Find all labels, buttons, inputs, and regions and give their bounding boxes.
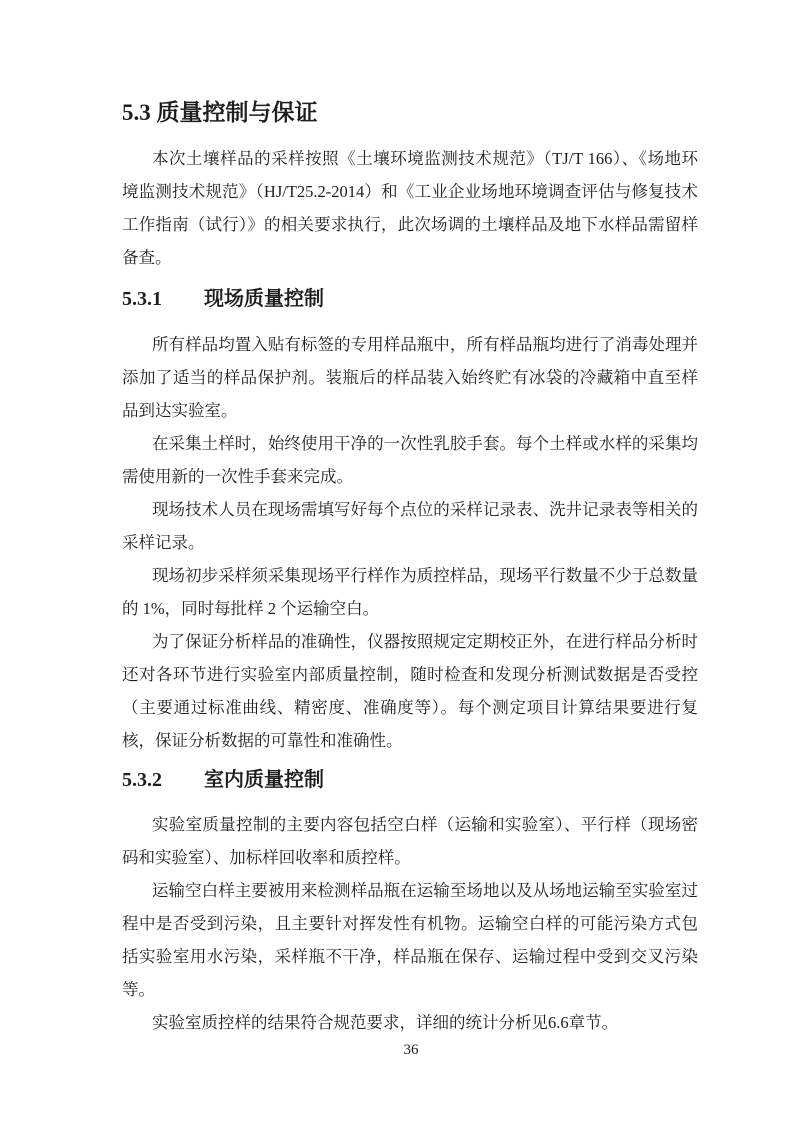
subsection-title: 室内质量控制 (204, 769, 324, 791)
paragraph: 现场初步采样须采集现场平行样作为质控样品，现场平行数量不少于总数量的 1%，同时… (122, 559, 698, 625)
subsection-title: 现场质量控制 (204, 288, 324, 310)
paragraph: 现场技术人员在现场需填写好每个点位的采样记录表、洗井记录表等相关的采样记录。 (122, 493, 698, 559)
subsection-heading-field-qc: 5.3.1现场质量控制 (122, 283, 698, 316)
paragraph: 实验室质控样的结果符合规范要求，详细的统计分析见6.6章节。 (122, 1006, 698, 1039)
subsection-number: 5.3.2 (122, 764, 162, 797)
subsection-number: 5.3.1 (122, 283, 162, 316)
paragraph-intro: 本次土壤样品的采样按照《土壤环境监测技术规范》（TJ/T 166）、《场地环境监… (122, 142, 698, 274)
section-heading: 5.3 质量控制与保证 (122, 96, 698, 129)
document-page: 5.3 质量控制与保证 本次土壤样品的采样按照《土壤环境监测技术规范》（TJ/T… (0, 0, 800, 1131)
paragraph: 实验室质量控制的主要内容包括空白样（运输和实验室）、平行样（现场密码和实验室）、… (122, 808, 698, 874)
paragraph: 为了保证分析样品的准确性，仪器按照规定定期校正外，在进行样品分析时还对各环节进行… (122, 625, 698, 757)
paragraph: 在采集土样时，始终使用干净的一次性乳胶手套。每个土样或水样的采集均需使用新的一次… (122, 427, 698, 493)
paragraph: 所有样品均置入贴有标签的专用样品瓶中，所有样品瓶均进行了消毒处理并添加了适当的样… (122, 328, 698, 427)
subsection-heading-lab-qc: 5.3.2室内质量控制 (122, 764, 698, 797)
paragraph: 运输空白样主要被用来检测样品瓶在运输至场地以及从场地运输至实验室过程中是否受到污… (122, 874, 698, 1006)
page-number: 36 (0, 1040, 800, 1060)
